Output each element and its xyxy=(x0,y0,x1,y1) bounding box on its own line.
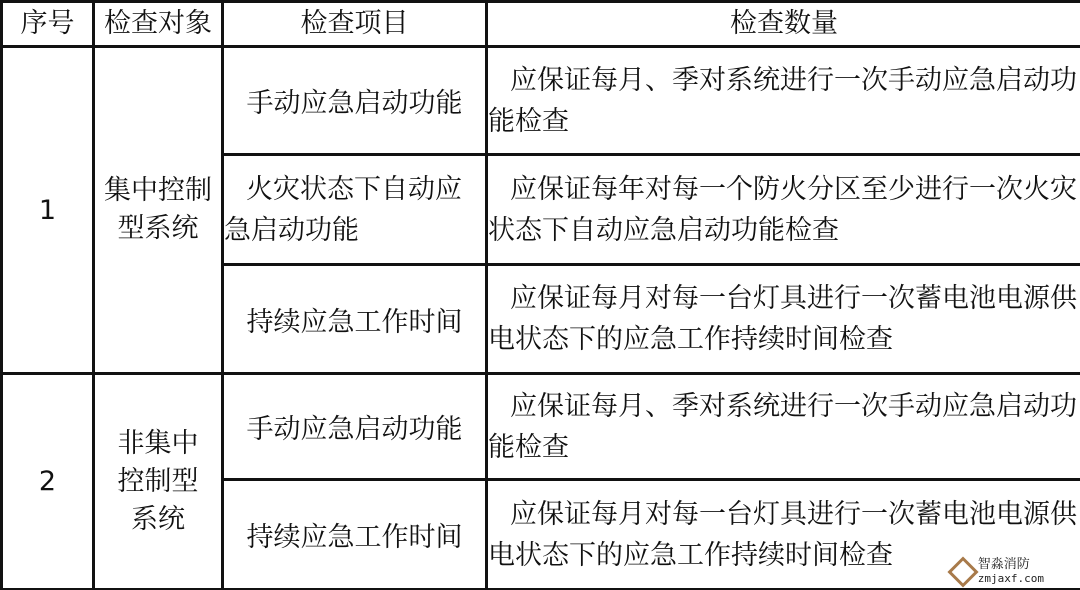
table-row: 2 非集中控制型系统 手动应急启动功能 应保证每月、季对系统进行一次手动应急启动… xyxy=(2,374,1080,480)
check-item-text: 火灾状态下自动应急启动功能 xyxy=(224,174,462,246)
watermark-name: 智淼消防 xyxy=(978,558,1044,572)
check-quantity-text: 应保证每月、季对系统进行一次手动应急启动功能检查 xyxy=(488,391,1077,463)
check-item: 手动应急启动功能 xyxy=(223,374,487,480)
check-quantity: 应保证每月、季对系统进行一次手动应急启动功能检查 xyxy=(487,47,1080,155)
table-row: 1 集中控制型系统 手动应急启动功能 应保证每月、季对系统进行一次手动应急启动功… xyxy=(2,47,1080,155)
header-quantity: 检查数量 xyxy=(487,2,1080,47)
header-item: 检查项目 xyxy=(223,2,487,47)
group-object: 集中控制型系统 xyxy=(94,47,223,374)
check-item: 手动应急启动功能 xyxy=(223,47,487,155)
watermark: 智淼消防 zmjaxf.com xyxy=(952,558,1044,586)
check-quantity: 应保证每月、季对系统进行一次手动应急启动功能检查 xyxy=(487,374,1080,480)
check-item: 持续应急工作时间 xyxy=(223,480,487,590)
check-quantity-text: 应保证每月对每一台灯具进行一次蓄电池电源供电状态下的应急工作持续时间检查 xyxy=(488,283,1077,355)
header-index: 序号 xyxy=(2,2,94,47)
check-item: 火灾状态下自动应急启动功能 xyxy=(223,155,487,265)
check-quantity-text: 应保证每年对每一个防火分区至少进行一次火灾状态下自动应急启动功能检查 xyxy=(488,174,1077,246)
check-quantity-text: 应保证每月、季对系统进行一次手动应急启动功能检查 xyxy=(488,65,1077,137)
group-object: 非集中控制型系统 xyxy=(94,374,223,590)
watermark-logo-icon xyxy=(947,556,978,587)
inspection-table: 序号 检查对象 检查项目 检查数量 1 集中控制型系统 手动应急启动功能 应保证… xyxy=(0,0,1080,590)
group-index: 1 xyxy=(2,47,94,374)
check-item: 持续应急工作时间 xyxy=(223,265,487,374)
check-quantity: 应保证每月对每一台灯具进行一次蓄电池电源供电状态下的应急工作持续时间检查 xyxy=(487,265,1080,374)
group-index: 2 xyxy=(2,374,94,590)
header-object: 检查对象 xyxy=(94,2,223,47)
watermark-url: zmjaxf.com xyxy=(978,572,1044,586)
header-row: 序号 检查对象 检查项目 检查数量 xyxy=(2,2,1080,47)
check-quantity: 应保证每年对每一个防火分区至少进行一次火灾状态下自动应急启动功能检查 xyxy=(487,155,1080,265)
